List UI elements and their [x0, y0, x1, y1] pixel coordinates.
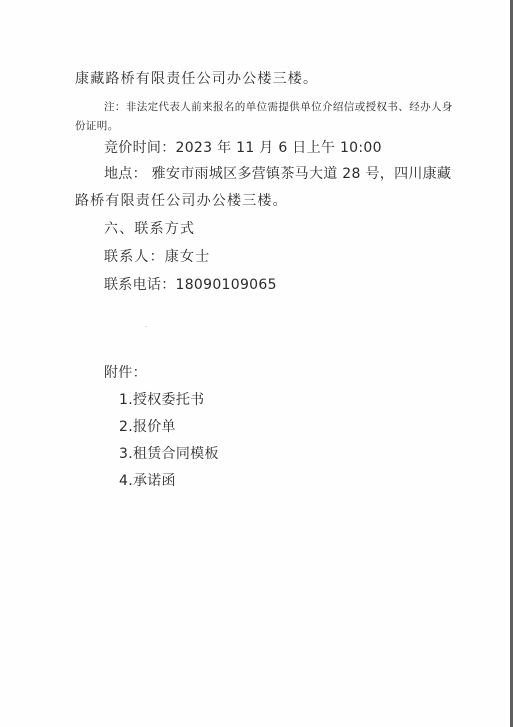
document-page: 康藏路桥有限责任公司办公楼三楼。 注：非法定代表人前来报名的单位需提供单位介绍信… — [0, 0, 510, 727]
location-line-2: 路桥有限责任公司办公楼三楼。 — [75, 192, 288, 210]
note-line-1: 注：非法定代表人前来报名的单位需提供单位介绍信或授权书、经办人身 — [104, 100, 453, 114]
contact-phone: 联系电话：18090109065 — [104, 276, 277, 294]
continuation-line: 康藏路桥有限责任公司办公楼三楼。 — [75, 70, 318, 88]
bid-time-label: 竞价时间： — [104, 140, 176, 156]
bid-time: 竞价时间：2023 年 11 月 6 日上午 10:00 — [104, 139, 382, 157]
bid-time-value: 2023 年 11 月 6 日上午 10:00 — [176, 140, 382, 156]
contact-section-heading: 六、联系方式 — [104, 220, 195, 238]
attachments-heading: 附件： — [104, 364, 147, 382]
attachment-item: 3.租赁合同模板 — [119, 445, 219, 463]
contact-phone-label: 联系电话： — [104, 277, 176, 293]
scan-artifact — [145, 326, 147, 327]
attachment-item: 1.授权委托书 — [119, 391, 204, 409]
contact-phone-number: 18090109065 — [176, 277, 277, 293]
attachment-item: 4.承诺函 — [119, 472, 176, 490]
note-line-2: 份证明。 — [75, 119, 119, 133]
location-line-1: 地点： 雅安市雨城区多营镇茶马大道 28 号，四川康藏 — [104, 165, 451, 183]
contact-person: 联系人：康女士 — [104, 248, 210, 266]
attachment-item: 2.报价单 — [119, 418, 176, 436]
